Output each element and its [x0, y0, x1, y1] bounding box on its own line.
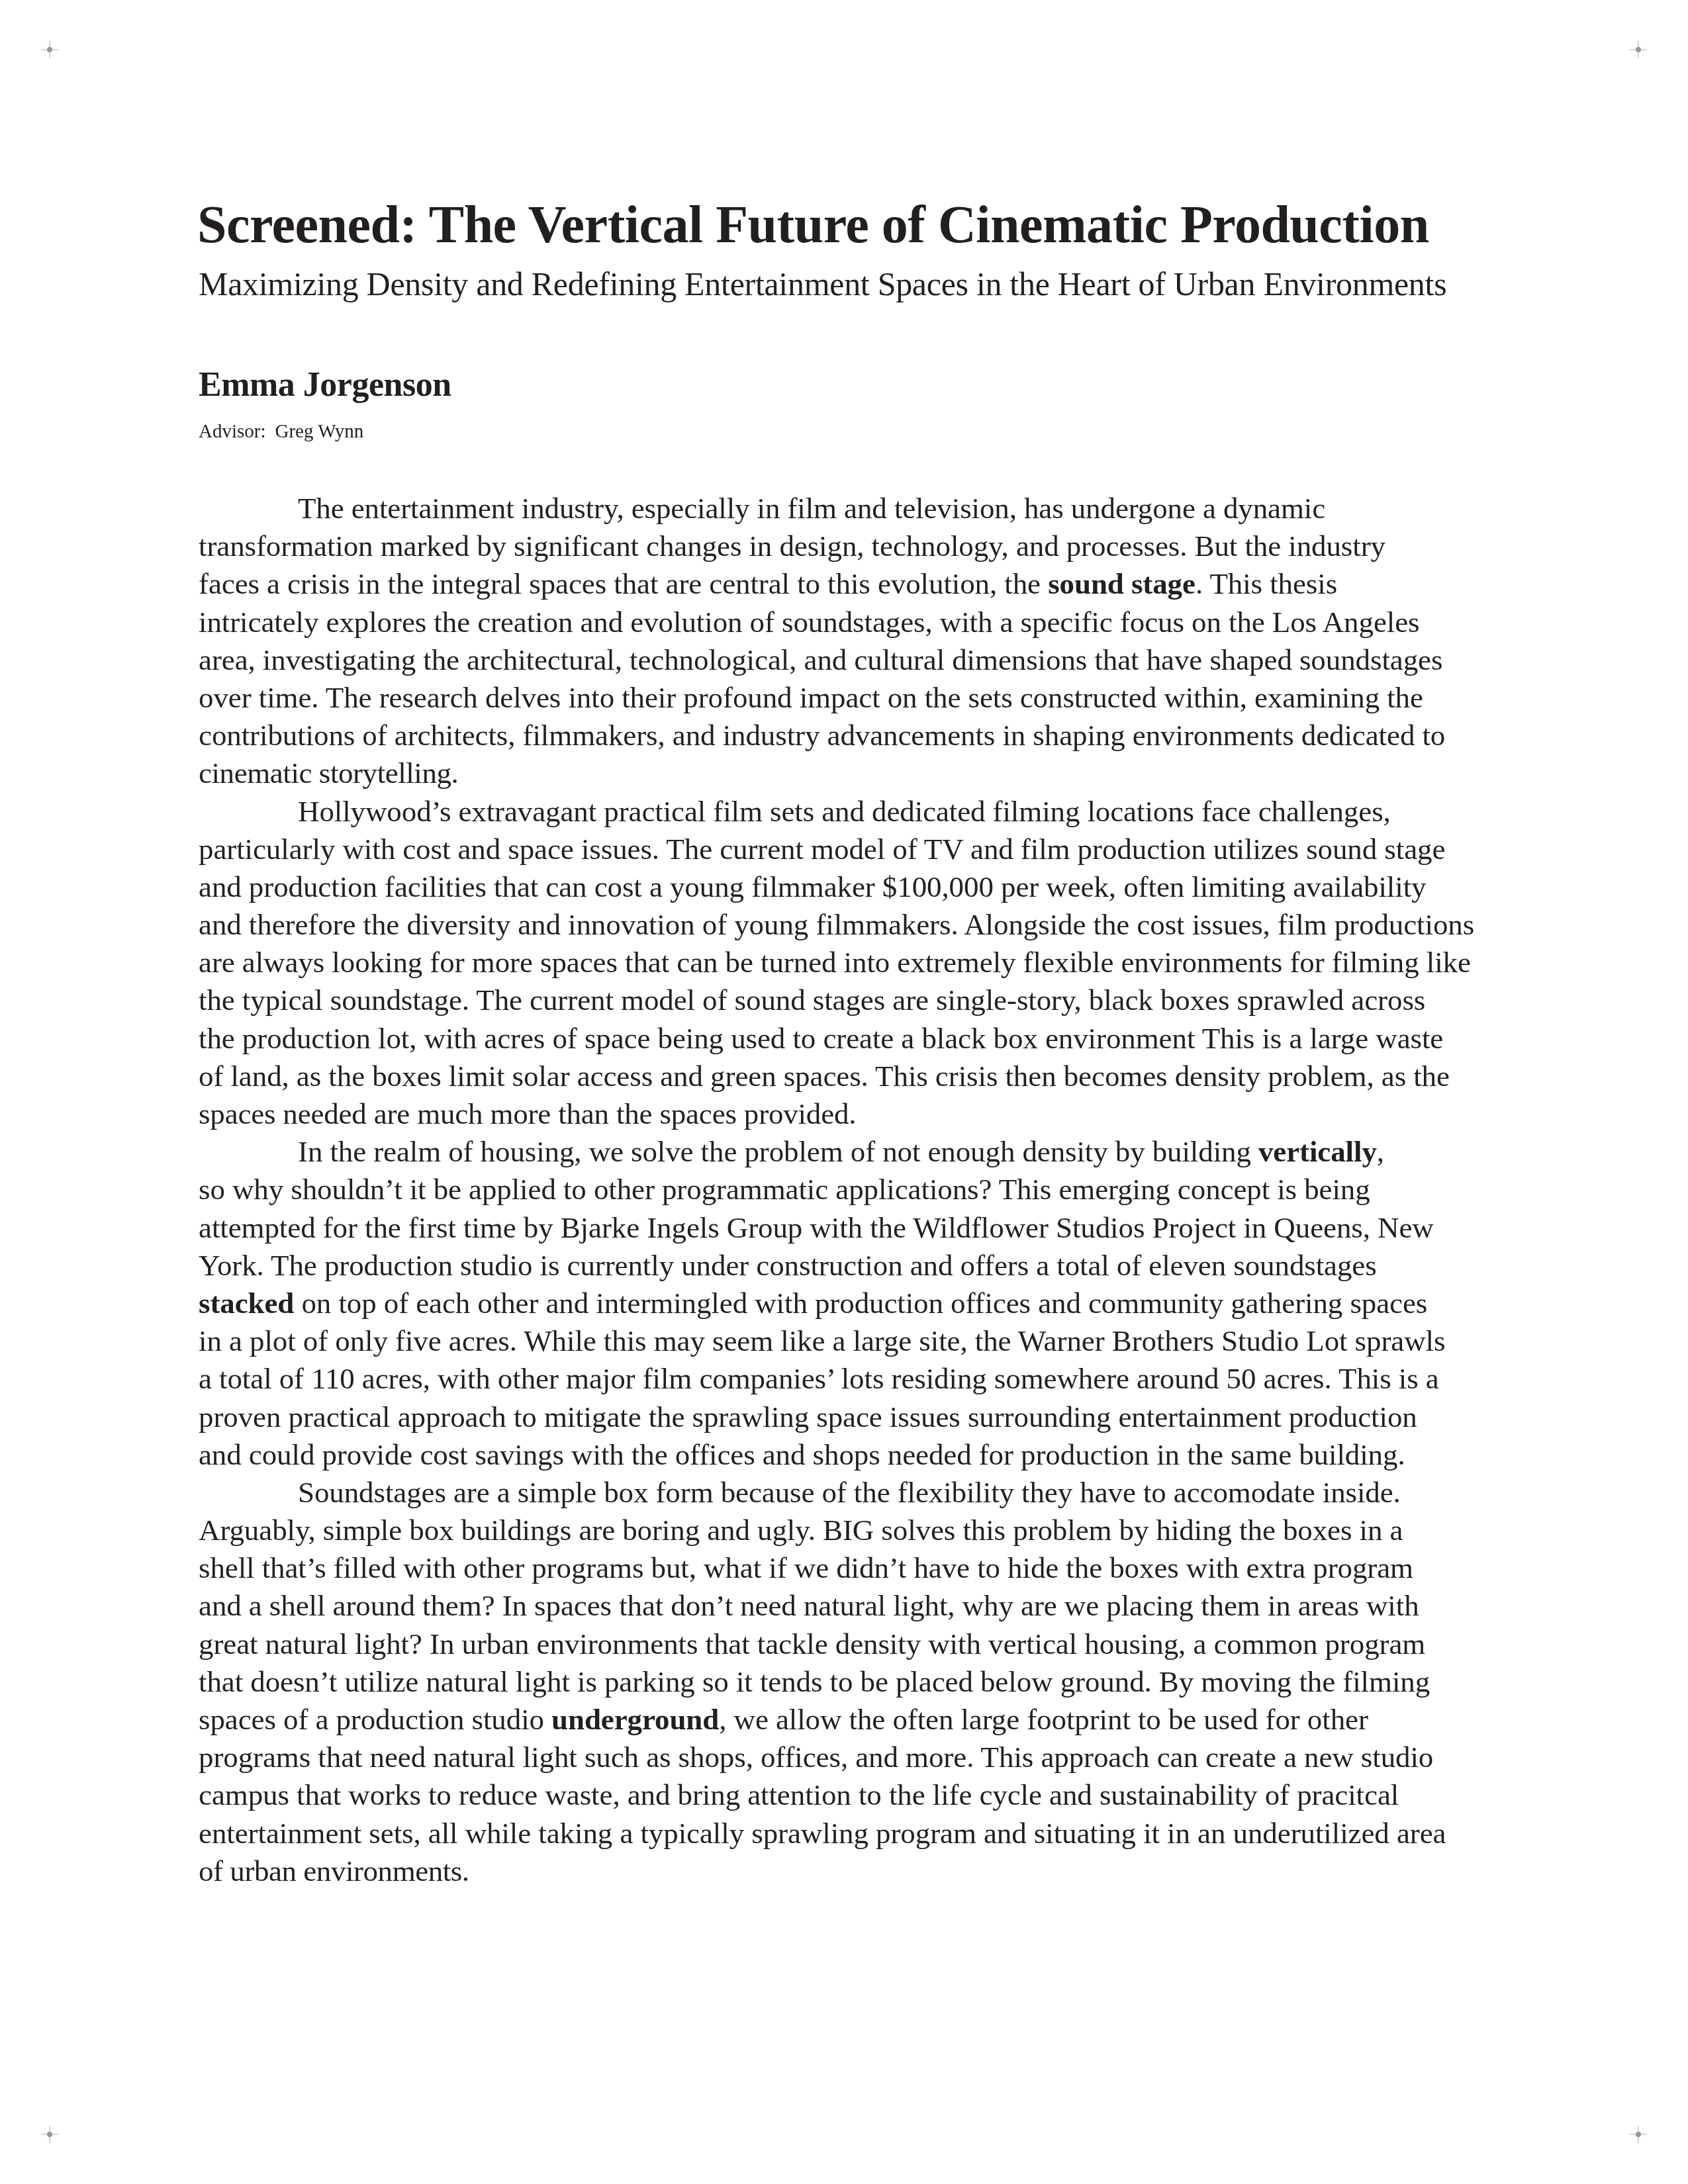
text-line: campus that works to reduce waste, and b…: [199, 1776, 1496, 1814]
text-run: ,: [1377, 1135, 1384, 1168]
document-title: Screened: The Vertical Future of Cinemat…: [197, 199, 1429, 251]
text-run: shell that’s filled with other programs …: [199, 1551, 1413, 1584]
text-line: intricately explores the creation and ev…: [199, 604, 1496, 641]
text-line: particularly with cost and space issues.…: [199, 831, 1496, 868]
text-line: over time. The research delves into thei…: [199, 679, 1496, 717]
text-run: contributions of architects, filmmakers,…: [199, 719, 1445, 752]
text-line: In the realm of housing, we solve the pr…: [199, 1133, 1496, 1171]
text-run: Arguably, simple box buildings are borin…: [199, 1514, 1403, 1547]
text-run: and therefore the diversity and innovati…: [199, 908, 1474, 941]
text-line: and a shell around them? In spaces that …: [199, 1587, 1496, 1625]
text-run: faces a crisis in the integral spaces th…: [199, 567, 1048, 600]
text-run: In the realm of housing, we solve the pr…: [298, 1135, 1258, 1168]
text-line: the production lot, with acres of space …: [199, 1020, 1496, 1058]
text-line: are always looking for more spaces that …: [199, 944, 1496, 981]
text-run: spaces needed are much more than the spa…: [199, 1097, 856, 1130]
body-text: The entertainment industry, especially i…: [199, 490, 1496, 1890]
text-line: spaces of a production studio undergroun…: [199, 1701, 1496, 1739]
text-run: Hollywood’s extravagant practical film s…: [298, 795, 1391, 828]
advisor-name: Greg Wynn: [275, 421, 364, 442]
text-run: proven practical approach to mitigate th…: [199, 1400, 1417, 1433]
text-line: that doesn’t utilize natural light is pa…: [199, 1663, 1496, 1701]
text-run: transformation marked by significant cha…: [199, 529, 1385, 563]
text-run: programs that need natural light such as…: [199, 1741, 1433, 1774]
crop-mark-top-right-icon: [1630, 41, 1647, 58]
text-line: cinematic storytelling.: [199, 754, 1496, 792]
body-paragraph: The entertainment industry, especially i…: [199, 490, 1496, 793]
text-line: transformation marked by significant cha…: [199, 527, 1496, 565]
text-line: of land, as the boxes limit solar access…: [199, 1058, 1496, 1095]
text-line: and therefore the diversity and innovati…: [199, 906, 1496, 944]
text-line: in a plot of only five acres. While this…: [199, 1322, 1496, 1360]
text-run: particularly with cost and space issues.…: [199, 833, 1445, 866]
text-line: attempted for the first time by Bjarke I…: [199, 1209, 1496, 1247]
body-paragraph: Soundstages are a simple box form becaus…: [199, 1474, 1496, 1890]
text-line: stacked on top of each other and intermi…: [199, 1285, 1496, 1322]
text-line: entertainment sets, all while taking a t…: [199, 1815, 1496, 1852]
text-line: Arguably, simple box buildings are borin…: [199, 1512, 1496, 1549]
text-run: entertainment sets, all while taking a t…: [199, 1817, 1446, 1850]
text-run: are always looking for more spaces that …: [199, 946, 1471, 979]
text-run: and a shell around them? In spaces that …: [199, 1589, 1419, 1622]
text-line: Hollywood’s extravagant practical film s…: [199, 793, 1496, 831]
text-run: spaces of a production studio: [199, 1703, 551, 1736]
text-line: faces a crisis in the integral spaces th…: [199, 565, 1496, 603]
text-run: the production lot, with acres of space …: [199, 1022, 1443, 1055]
text-run: . This thesis: [1196, 567, 1337, 600]
text-run: of land, as the boxes limit solar access…: [199, 1060, 1450, 1093]
text-line: The entertainment industry, especially i…: [199, 490, 1496, 527]
text-run: a total of 110 acres, with other major f…: [199, 1362, 1439, 1395]
text-run: campus that works to reduce waste, and b…: [199, 1778, 1399, 1811]
text-line: great natural light? In urban environmen…: [199, 1625, 1496, 1663]
text-line: spaces needed are much more than the spa…: [199, 1095, 1496, 1133]
text-run: of urban environments.: [199, 1854, 469, 1888]
text-line: a total of 110 acres, with other major f…: [199, 1360, 1496, 1398]
text-line: so why shouldn’t it be applied to other …: [199, 1171, 1496, 1208]
body-paragraph: Hollywood’s extravagant practical film s…: [199, 793, 1496, 1134]
body-paragraph: In the realm of housing, we solve the pr…: [199, 1133, 1496, 1474]
text-run: , we allow the often large footprint to …: [719, 1703, 1368, 1736]
emphasized-term: underground: [551, 1703, 719, 1736]
text-run: The entertainment industry, especially i…: [298, 492, 1325, 525]
text-line: and production facilities that can cost …: [199, 868, 1496, 906]
text-line: and could provide cost savings with the …: [199, 1436, 1496, 1474]
text-line: proven practical approach to mitigate th…: [199, 1398, 1496, 1436]
text-run: on top of each other and intermingled wi…: [294, 1287, 1427, 1320]
emphasized-term: vertically: [1258, 1135, 1377, 1168]
text-run: the typical soundstage. The current mode…: [199, 983, 1425, 1017]
crop-mark-bottom-right-icon: [1630, 2126, 1647, 2143]
text-run: and production facilities that can cost …: [199, 870, 1427, 903]
text-line: of urban environments.: [199, 1852, 1496, 1890]
text-run: York. The production studio is currently…: [199, 1249, 1377, 1282]
crop-mark-top-left-icon: [41, 41, 58, 58]
emphasized-term: sound stage: [1048, 567, 1196, 600]
crop-mark-bottom-left-icon: [41, 2126, 58, 2143]
text-run: and could provide cost savings with the …: [199, 1438, 1405, 1471]
text-run: area, investigating the architectural, t…: [199, 643, 1442, 676]
advisor-line: Advisor:Greg Wynn: [199, 422, 363, 441]
text-run: cinematic storytelling.: [199, 756, 458, 790]
author-name: Emma Jorgenson: [199, 368, 451, 402]
text-run: in a plot of only five acres. While this…: [199, 1324, 1445, 1357]
text-run: great natural light? In urban environmen…: [199, 1627, 1425, 1661]
text-line: shell that’s filled with other programs …: [199, 1549, 1496, 1587]
advisor-label: Advisor:: [199, 421, 266, 442]
text-line: area, investigating the architectural, t…: [199, 641, 1496, 679]
document-subtitle: Maximizing Density and Redefining Entert…: [199, 267, 1446, 300]
text-run: so why shouldn’t it be applied to other …: [199, 1173, 1370, 1206]
text-run: Soundstages are a simple box form becaus…: [298, 1476, 1401, 1509]
text-run: attempted for the first time by Bjarke I…: [199, 1211, 1434, 1244]
text-line: programs that need natural light such as…: [199, 1739, 1496, 1776]
text-line: contributions of architects, filmmakers,…: [199, 717, 1496, 754]
emphasized-term: stacked: [199, 1287, 294, 1320]
text-run: that doesn’t utilize natural light is pa…: [199, 1665, 1430, 1698]
text-run: intricately explores the creation and ev…: [199, 606, 1420, 639]
text-line: the typical soundstage. The current mode…: [199, 981, 1496, 1019]
text-run: over time. The research delves into thei…: [199, 681, 1423, 714]
text-line: York. The production studio is currently…: [199, 1247, 1496, 1285]
text-line: Soundstages are a simple box form becaus…: [199, 1474, 1496, 1512]
